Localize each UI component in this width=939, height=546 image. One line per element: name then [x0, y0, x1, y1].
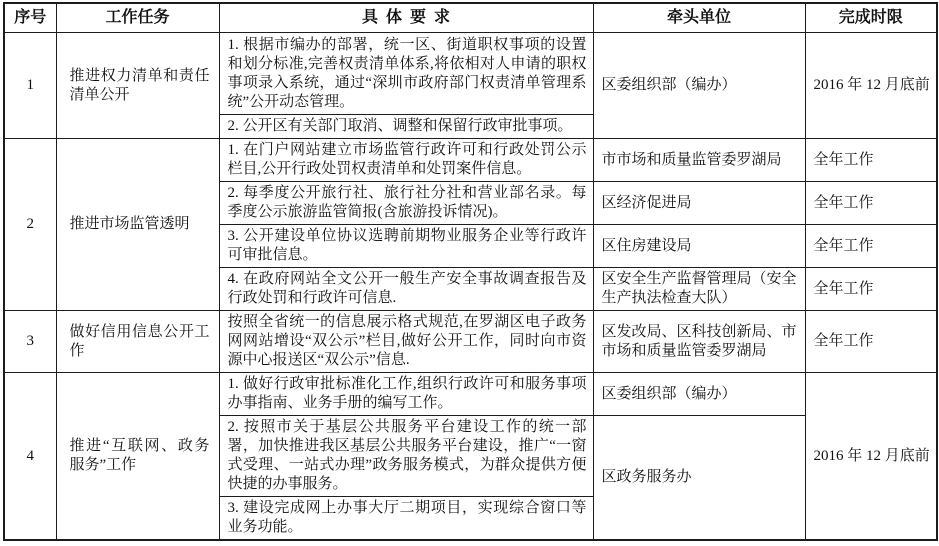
row2-lead-unit-4: 区安全生产监督管理局（安全生产执法检查大队）: [593, 268, 805, 311]
row2-requirement-4: 4. 在政府网站全文公开一般生产安全事故调查报告及行政处罚和行政许可信息.: [219, 268, 593, 311]
row1-deadline: 2016 年 12 月底前: [805, 33, 937, 139]
table-row: 2 推进市场监管透明 1. 在门户网站建立市场监管行政许可和行政处罚公示栏目,公…: [4, 139, 937, 182]
table-row: 4 推进“互联网、政务服务”工作 1. 做好行政审批标准化工作,组织行政许可和服…: [4, 373, 937, 416]
row1-number: 1: [4, 33, 56, 139]
row2-requirement-1: 1. 在门户网站建立市场监管行政许可和行政处罚公示栏目,公开行政处罚权责清单和处…: [219, 139, 593, 182]
table-row: 1 推进权力清单和责任清单公开 1. 根据市编办的部署，统一区、街道职权事项的设…: [4, 33, 937, 115]
row1-task: 推进权力清单和责任清单公开: [56, 33, 219, 139]
row2-lead-unit-1: 市市场和质量监管委罗湖局: [593, 139, 805, 182]
row3-requirement: 按照全省统一的信息展示格式规范,在罗湖区电子政务网网站增设“双公示”栏目,做好公…: [219, 311, 593, 373]
row2-requirement-2: 2. 每季度公开旅行社、旅行社分社和营业部名录。每季度公示旅游监管简报(含旅游投…: [219, 182, 593, 225]
row1-requirement-1: 1. 根据市编办的部署，统一区、街道职权事项的设置和划分标准,完善权责清单体系,…: [219, 33, 593, 115]
row2-lead-unit-2: 区经济促进局: [593, 182, 805, 225]
row4-requirement-2: 2. 按照市关于基层公共服务平台建设工作的统一部署，加快推进我区基层公共服务平台…: [219, 416, 593, 497]
row4-requirement-3: 3. 建设完成网上办事大厅二期项目，实现综合窗口等业务功能。: [219, 497, 593, 541]
work-plan-table: 序号 工作任务 具 体 要 求 牵头单位 完成时限 1 推进权力清单和责任清单公…: [3, 2, 938, 541]
row3-lead-unit: 区发改局、区科技创新局、市市场和质量监管委罗湖局: [593, 311, 805, 373]
row4-number: 4: [4, 373, 56, 541]
header-requirements: 具 体 要 求: [219, 3, 593, 33]
header-no: 序号: [4, 3, 56, 33]
row2-deadline-4: 全年工作: [805, 268, 937, 311]
table-row: 3 做好信用信息公开工作 按照全省统一的信息展示格式规范,在罗湖区电子政务网网站…: [4, 311, 937, 373]
row4-deadline: 2016 年 12 月底前: [805, 373, 937, 541]
row3-deadline: 全年工作: [805, 311, 937, 373]
row2-requirement-3: 3. 公开建设单位协议选聘前期物业服务企业等行政许可审批信息。: [219, 225, 593, 268]
row4-task: 推进“互联网、政务服务”工作: [56, 373, 219, 541]
row2-deadline-3: 全年工作: [805, 225, 937, 268]
header-row: 序号 工作任务 具 体 要 求 牵头单位 完成时限: [4, 3, 937, 33]
row4-lead-unit-2: 区政务服务办: [593, 416, 805, 541]
header-lead-unit: 牵头单位: [593, 3, 805, 33]
row2-deadline-2: 全年工作: [805, 182, 937, 225]
row3-task: 做好信用信息公开工作: [56, 311, 219, 373]
row2-deadline-1: 全年工作: [805, 139, 937, 182]
row2-number: 2: [4, 139, 56, 311]
header-task: 工作任务: [56, 3, 219, 33]
row1-lead-unit: 区委组织部（编办）: [593, 33, 805, 139]
row4-requirement-1: 1. 做好行政审批标准化工作,组织行政许可和服务事项办事指南、业务手册的编写工作…: [219, 373, 593, 416]
header-deadline: 完成时限: [805, 3, 937, 33]
row2-task: 推进市场监管透明: [56, 139, 219, 311]
row2-lead-unit-3: 区住房建设局: [593, 225, 805, 268]
row1-requirement-2: 2. 公开区有关部门取消、调整和保留行政审批事项。: [219, 115, 593, 139]
row4-lead-unit-1: 区委组织部（编办）: [593, 373, 805, 416]
row3-number: 3: [4, 311, 56, 373]
